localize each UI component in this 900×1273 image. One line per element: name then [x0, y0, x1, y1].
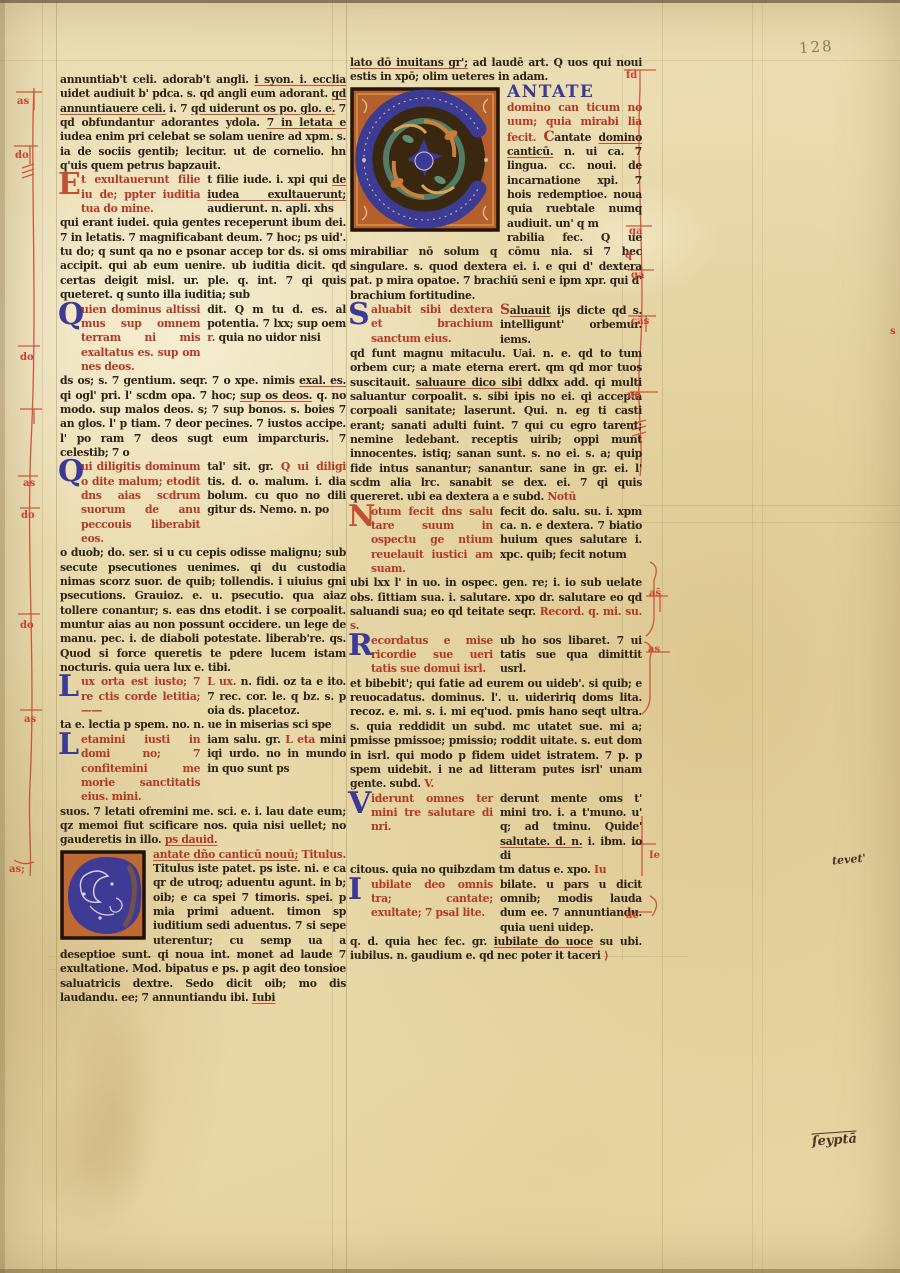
text-run: bilate. u pars u dicit omnib; modis laud… [500, 878, 642, 934]
text-run: t exultauerunt filie iu de; ppter iuditi… [81, 173, 200, 215]
text-run: ub ho sos libaret. 7 ui tatis sue qua di… [500, 634, 642, 676]
margin-note-left: as; [9, 864, 25, 875]
text-block: antate dño canticū nouū; Titulus. Titulu… [60, 848, 346, 1006]
gloss-subcolumn: Saluauit ijs dicte qd s. intelligunt' or… [500, 303, 642, 347]
text-block: et bibebit'; qui fatie ad eurem ou uideb… [350, 677, 642, 792]
margin-note-left: do [20, 620, 34, 631]
text-run: ⟩ [601, 949, 609, 962]
text-run: antate dño canticū nouū; [153, 848, 298, 861]
text-run: V. [424, 777, 434, 790]
lemma-subcolumn: ui diligitis dominum o dite malum; etodi… [81, 460, 200, 546]
text-run: salutate. d. n. [500, 835, 582, 848]
text-block: lato dō inuitans gr'; ad laudē art. Q uo… [350, 56, 642, 85]
text-run: et bibebit'; qui fatie ad eurem ou uideb… [350, 677, 642, 790]
gloss-subcolumn: dit. Q m tu d. es. al potentia. 7 lxx; s… [207, 303, 346, 375]
text-run: Notū [547, 490, 576, 503]
text-run: L eta [285, 733, 315, 746]
lemma-subcolumn: ecordatus e mise ricordie sue ueri tatis… [371, 634, 493, 677]
text-run: etamini iusti in domi no; 7 confitemini … [81, 733, 200, 803]
margin-note-left: as [24, 714, 36, 725]
margin-note-right: q [625, 250, 632, 261]
lemma-subcolumn: uien dominus altissi mus sup omnem terra… [81, 303, 200, 375]
text-run: ecordatus e mise ricordie sue ueri tatis… [371, 634, 493, 676]
illuminated-initial-c-secondary [60, 850, 146, 940]
ruling-line [346, 0, 347, 1273]
margin-note-left: do [15, 150, 29, 161]
text-block: suos. 7 letati ofremini me. sci. e. i. l… [60, 805, 346, 848]
drop-initial: R [348, 631, 373, 661]
text-run: ddlxx add. qi multi saluantur corpoalit.… [350, 376, 642, 504]
text-run: rabilia fec. Q ue mirabiliar nō solum q … [350, 231, 642, 301]
margin-note-right: ac [626, 910, 639, 921]
ruling-line [56, 0, 57, 1273]
margin-note-left: do [21, 510, 35, 521]
text-run: qui erant iudei. quia gentes receperunt … [60, 216, 346, 301]
right-text-column: lato dō inuitans gr'; ad laudē art. Q uo… [350, 56, 642, 964]
text-run: fecit do. salu. su. i. xpm ca. n. e dext… [500, 505, 642, 561]
text-run: lato dō inuitans gr'; [350, 56, 468, 69]
text-block: qd funt magnu mitaculu. Uai. n. e. qd to… [350, 347, 642, 505]
drop-initial: Q [58, 457, 84, 487]
photo-top-edge [0, 0, 900, 3]
text-run: derunt mente oms t' mini tro. i. a t'mun… [500, 792, 642, 834]
text-block: citous. quia no quibzdam tm datus e. xpo… [350, 863, 642, 877]
ruling-line [42, 0, 43, 1273]
text-run: S [500, 302, 510, 318]
text-run: Iubi [252, 991, 275, 1004]
gloss-subcolumn: t filie iude. i. xpi qui de iudea exulta… [207, 173, 346, 216]
parchment-stain [70, 990, 160, 1220]
text-run: antate [554, 131, 598, 144]
margin-note-right: Ie [649, 850, 660, 861]
text-run: audierunt. n. apli. xhs [207, 202, 333, 215]
illuminated-initial-c-grand [350, 87, 500, 233]
margin-note-right: cās [631, 316, 649, 327]
text-run: Titulus. [298, 848, 346, 861]
gloss-split-block: Et exultauerunt filie iu de; ppter iudit… [60, 173, 346, 216]
drop-initial: E [58, 170, 81, 200]
ruling-line [662, 0, 663, 1273]
parchment-stain [30, 1080, 150, 1240]
folio-number: 128 [798, 37, 834, 57]
photo-left-edge [0, 0, 5, 1273]
drop-initial: Q [58, 300, 84, 330]
text-run: i. 7 [166, 102, 191, 115]
ruling-line [640, 522, 900, 523]
gloss-split-block: Notum fecit dns salu tare suum in ospect… [350, 505, 642, 577]
drop-initial: S [348, 300, 369, 330]
drop-initial: V [348, 789, 371, 819]
drop-initial: L [58, 730, 79, 760]
text-run: iudea enim pri celebat se solam uenire a… [60, 130, 346, 172]
gloss-split-block: Lux orta est iusto; 7 re ctis corde leti… [60, 675, 346, 718]
text-run: iderunt omnes ter mini tre salutare di n… [371, 792, 493, 834]
text-run: Q ui diligi [281, 460, 346, 473]
text-run: ubilate deo omnis tra; cantate; exultate… [371, 878, 493, 920]
margin-note-left: as [17, 96, 29, 107]
text-block: q. d. quia hec fec. gr. iubilate do uoce… [350, 935, 642, 964]
text-run: tal' sit. gr. [207, 460, 281, 473]
drop-initial: L [58, 672, 79, 702]
margin-note-left: do [20, 352, 34, 363]
lemma-subcolumn: aluabit sibi dextera et brachium sanctum… [371, 303, 493, 347]
text-run: qi ogl' pri. l' scdm opa. 7 hoc; [60, 389, 240, 402]
text-run: quia no uidor nisi [215, 331, 320, 344]
lemma-subcolumn: ux orta est iusto; 7 re ctis corde letit… [81, 675, 200, 718]
gloss-split-block: Viderunt omnes ter mini tre salutare di … [350, 792, 642, 864]
margin-note-right: qa [631, 270, 644, 281]
text-block: ANTATE domino can ticum no uum; quia mir… [350, 85, 642, 231]
ruling-line [752, 0, 753, 1273]
text-run: ui diligitis dominum o dite malum; etodi… [81, 460, 200, 545]
text-run: uien dominus altissi mus sup omnem terra… [81, 303, 200, 373]
lemma-subcolumn: iderunt omnes ter mini tre salutare di n… [371, 792, 493, 864]
text-run: L ux. [207, 675, 236, 688]
gloss-split-block: Iubilate deo omnis tra; cantate; exultat… [350, 878, 642, 935]
text-run: ANTATE [507, 82, 594, 102]
margin-note-right: no [627, 390, 641, 401]
text-run: 7 in letata e [267, 116, 346, 129]
text-run: uidet audiuit b' pdca. s. qd angli eum a… [60, 87, 332, 100]
illuminated-initial [350, 87, 500, 233]
margin-note-right: qa [629, 226, 642, 237]
text-block: annuntiab't celi. adorab't angli. i syon… [60, 73, 346, 173]
text-run: ps dauid. [165, 833, 218, 846]
text-block: qui erant iudei. quia gentes receperunt … [60, 216, 346, 302]
gloss-subcolumn: iam salu. gr. L eta mini iqi urdo. no in… [207, 733, 346, 805]
text-run: iam salu. gr. [207, 733, 285, 746]
text-block: ta e. lectia p spem. no. n. ue in miseri… [60, 718, 346, 732]
gloss-subcolumn: L ux. n. fidi. oz ta e ito. 7 rec. cor. … [207, 675, 346, 718]
text-run: sup os deos. [240, 389, 312, 402]
margin-note-right: as̄ [649, 588, 661, 599]
text-run: q. d. quia hec fec. gr. [350, 935, 494, 948]
text-run: exal. es. [299, 374, 346, 387]
photo-bottom-edge [0, 1269, 900, 1273]
gloss-split-block: Recordatus e mise ricordie sue ueri tati… [350, 634, 642, 677]
marginal-scribble: tevet' [831, 852, 866, 868]
text-run: ux orta est iusto; 7 re ctis corde letit… [81, 675, 200, 717]
margin-note-left: as [23, 478, 35, 489]
text-run: otum fecit dns salu tare suum in ospectu… [371, 505, 493, 575]
gloss-subcolumn: fecit do. salu. su. i. xpm ca. n. e dext… [500, 505, 642, 577]
ownership-inscription: ſeyptā [812, 1131, 858, 1149]
left-text-column: annuntiab't celi. adorab't angli. i syon… [60, 73, 346, 1005]
text-run: r. [207, 331, 215, 344]
text-run: citous. quia no quibzdam tm datus e. xpo… [350, 863, 594, 876]
drop-initial: N [348, 502, 375, 532]
text-block: rabilia fec. Q ue mirabiliar nō solum q … [350, 231, 642, 303]
text-block: ds os; s. 7 gentium. seqr. 7 o xpe. nimi… [60, 374, 346, 460]
lemma-subcolumn: otum fecit dns salu tare suum in ospectu… [371, 505, 493, 577]
lemma-subcolumn: t exultauerunt filie iu de; ppter iuditi… [81, 173, 200, 216]
text-run: ta e. lectia p spem. no. n. ue in miseri… [60, 718, 331, 731]
margin-note-right: s [890, 326, 896, 337]
gloss-subcolumn: derunt mente oms t' mini tro. i. a t'mun… [500, 792, 642, 864]
lemma-subcolumn: etamini iusti in domi no; 7 confitemini … [81, 733, 200, 805]
text-run: o duob; do. ser. si u cu cepis odisse ma… [60, 546, 346, 674]
gloss-split-block: Letamini iusti in domi no; 7 confitemini… [60, 733, 346, 805]
text-run: annuntiab't celi. adorab't angli. [60, 73, 255, 86]
text-run: ds os; s. 7 gentium. seqr. 7 o xpe. nimi… [60, 374, 299, 387]
text-run: Iu [594, 863, 606, 876]
text-block: o duob; do. ser. si u cu cepis odisse ma… [60, 546, 346, 675]
ruling-line [640, 505, 900, 506]
text-run: i syon. i. ecclia [255, 73, 347, 86]
text-run: qd uiderunt os po. glo. e. [191, 102, 335, 115]
drop-initial: I [348, 875, 362, 905]
text-run: dit. Q m tu d. es. al potentia. 7 lxx; s… [207, 303, 346, 330]
gloss-split-block: Saluabit sibi dextera et brachium sanctu… [350, 303, 642, 347]
manuscript-page-photo: { "page": { "folio_number": "128", "scri… [0, 0, 900, 1273]
margin-note-right: as [648, 644, 660, 655]
text-run: aluauit [510, 304, 551, 317]
text-run: t filie iude. i. xpi qui [207, 173, 332, 186]
gloss-split-block: Quien dominus altissi mus sup omnem terr… [60, 303, 346, 375]
ruling-line [762, 0, 763, 1273]
text-run: iubilate do uoce [494, 935, 593, 948]
gloss-split-block: Qui diligitis dominum o dite malum; etod… [60, 460, 346, 546]
text-run: aluabit sibi dextera et brachium sanctum… [371, 303, 493, 345]
gloss-subcolumn: tal' sit. gr. Q ui diligi tis. d. o. mal… [207, 460, 346, 546]
text-run: tis. d. o. malum. i. dia bolum. cu quo n… [207, 475, 346, 517]
gloss-subcolumn: bilate. u pars u dicit omnib; modis laud… [500, 878, 642, 935]
illuminated-initial [60, 850, 146, 940]
text-run: saluaure dico sibi [416, 376, 522, 389]
text-block: ubi lxx l' in uo. in ospec. gen. re; i. … [350, 576, 642, 633]
lemma-subcolumn: ubilate deo omnis tra; cantate; exultate… [371, 878, 493, 935]
gloss-subcolumn: ub ho sos libaret. 7 ui tatis sue qua di… [500, 634, 642, 677]
margin-note-right: fd [626, 70, 637, 81]
text-run: C [543, 129, 554, 145]
